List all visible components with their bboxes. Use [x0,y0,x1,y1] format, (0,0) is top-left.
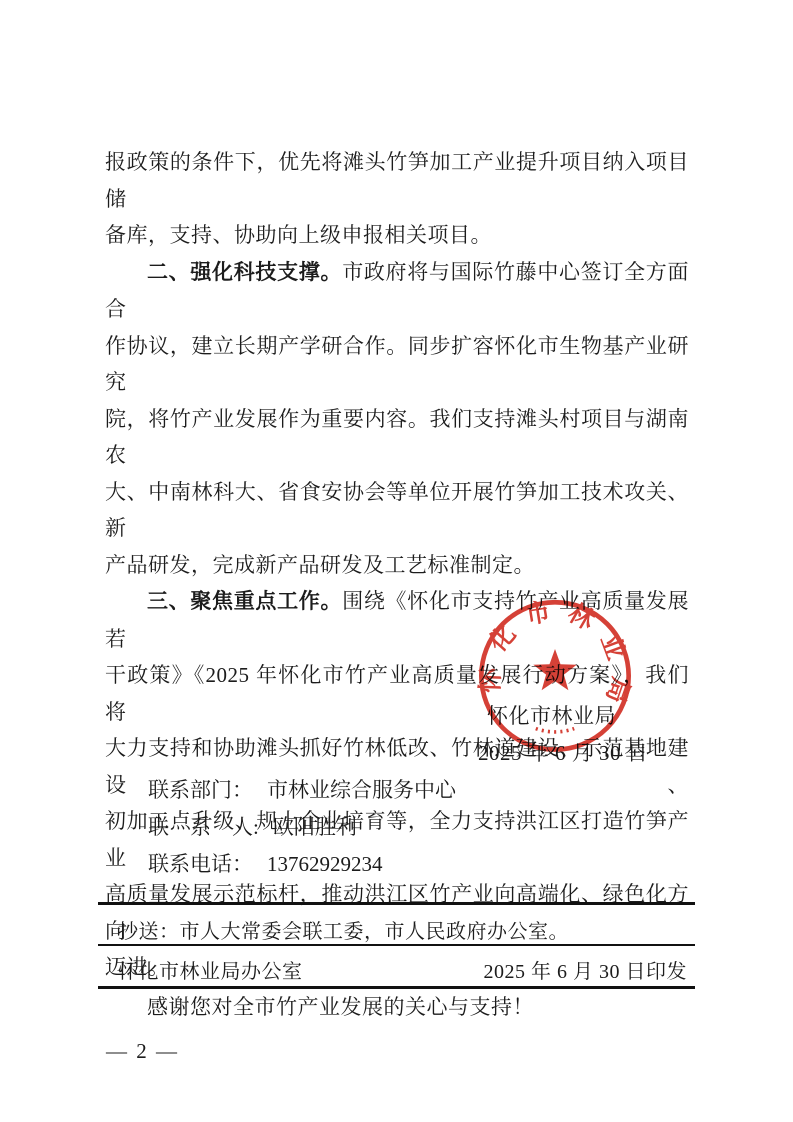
document-body: 报政策的条件下，优先将滩头竹笋加工产业提升项目纳入项目储 备库，支持、协助向上级… [105,144,689,1025]
body-line: 产品研发，完成新产品研发及工艺标准制定。 [105,547,689,584]
body-line: 备库，支持、协助向上级申报相关项目。 [105,217,689,254]
footer-divider-bottom [98,986,695,989]
contact-label: 联系电话： [148,852,253,876]
section-heading: 三、聚焦重点工作。 [147,590,342,613]
contact-label: 联 系 人: [148,815,259,839]
page-number: — 2 — [106,1039,179,1064]
contact-department-row: 联系部门：市林业综合服务中心 [148,775,456,812]
contact-phone-row: 联系电话：13762929234 [148,849,456,886]
contact-value: 市林业综合服务中心 [253,778,456,802]
body-line: 报政策的条件下，优先将滩头竹笋加工产业提升项目纳入项目储 [105,144,689,217]
official-seal-stamp: 怀化市林业局 [472,595,638,761]
body-line: 院，将竹产业发展作为重要内容。我们支持滩头村项目与湖南农 [105,401,689,474]
seal-code-dots [536,729,574,732]
contact-person-row: 联 系 人:欧阳胜利 [148,812,456,849]
document-page: 报政策的条件下，优先将滩头竹笋加工产业提升项目纳入项目储 备库，支持、协助向上级… [0,0,793,1122]
contact-block: 联系部门：市林业综合服务中心 联 系 人:欧阳胜利 联系电话：137629292… [148,775,456,886]
section-heading: 二、强化科技支撑。 [147,261,342,284]
body-line: 大、中南林科大、省食安协会等单位开展竹笋加工技术攻关、新 [105,474,689,547]
print-date: 2025 年 6 月 30 日印发 [484,955,688,984]
footer-divider-middle [98,944,695,946]
footer-divider-top [98,902,695,905]
issuer-row: 怀化市林业局办公室 2025 年 6 月 30 日印发 [98,955,695,984]
star-icon [533,649,576,690]
issuer-office: 怀化市林业局办公室 [118,955,303,984]
contact-value: 13762929234 [253,852,383,876]
body-line: 二、强化科技支撑。市政府将与国际竹藤中心签订全方面合 [105,254,689,328]
body-line: 作协议，建立长期产学研合作。同步扩容怀化市生物基产业研究 [105,328,689,401]
thanks-line: 感谢您对全市竹产业发展的关心与支持！ [105,989,689,1026]
contact-value: 欧阳胜利 [259,815,357,839]
cc-line: 抄送：市人大常委会联工委，市人民政府办公室。 [118,915,569,944]
contact-label: 联系部门： [148,778,253,802]
